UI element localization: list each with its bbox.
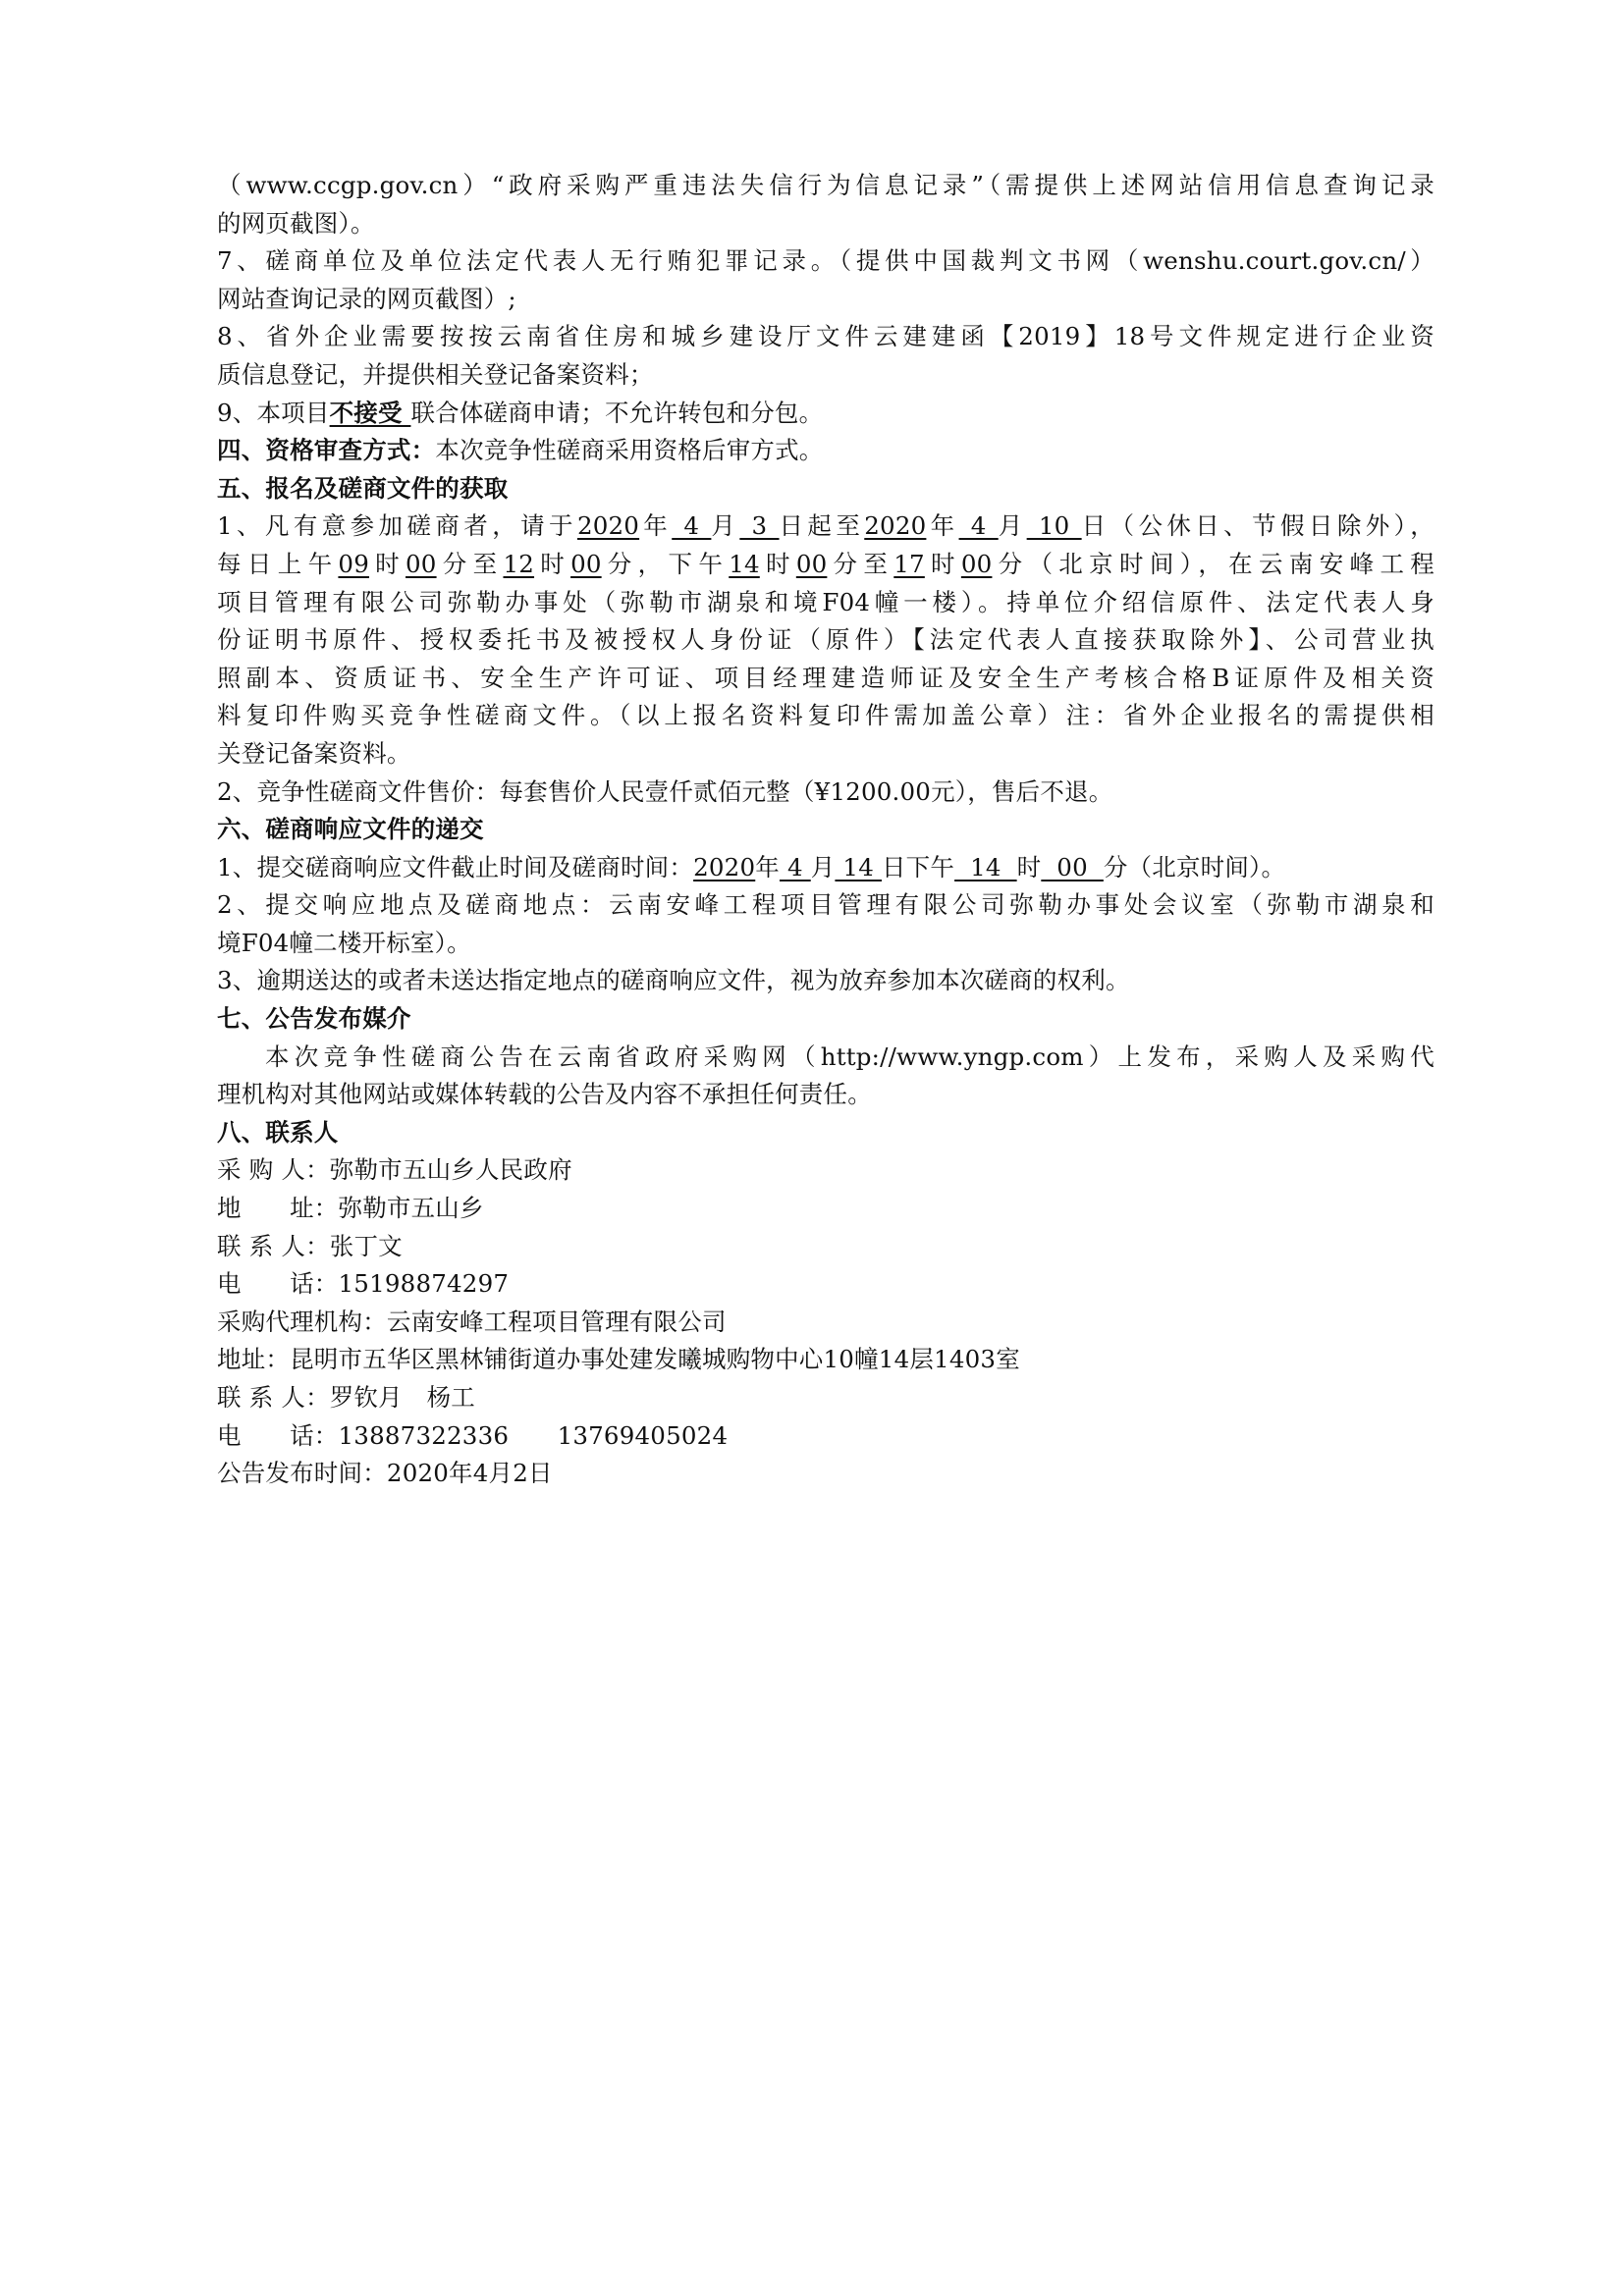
text-line: 料复印件购买竞争性磋商文件。（以上报名资料复印件需加盖公章）注：省外企业报名的需…	[217, 697, 1435, 735]
text-line: 网站查询记录的网页截图）;	[217, 281, 1435, 319]
contact-purchaser: 采 购 人：弥勒市五山乡人民政府	[217, 1151, 1435, 1190]
text-line: 8、省外企业需要按按云南省住房和城乡建设厅文件云建建函【2019】18号文件规定…	[217, 318, 1435, 356]
contact-phone: 电 话：15198874297	[217, 1265, 1435, 1304]
contact-person: 联 系 人：张丁文	[217, 1228, 1435, 1266]
text-line: 项目管理有限公司弥勒办事处（弥勒市湖泉和境F04幢一楼）。持单位介绍信原件、法定…	[217, 584, 1435, 622]
registration-hours: 每日上午09时00分至12时00分，下午14时00分至17时00分（北京时间），…	[217, 546, 1435, 584]
text-line: 本次竞争性磋商公告在云南省政府采购网（http://www.yngp.com）上…	[217, 1039, 1435, 1077]
text-line: 照副本、资质证书、安全生产许可证、项目经理建造师证及安全生产考核合格B证原件及相…	[217, 660, 1435, 698]
text-line: 境F04幢二楼开标室）。	[217, 925, 1435, 963]
document-price: 2、竞争性磋商文件售价：每套售价人民壹仟贰佰元整（¥1200.00元），售后不退…	[217, 774, 1435, 812]
agency-contact: 联 系 人：罗钦月 杨工	[217, 1379, 1435, 1417]
agency-address: 地址：昆明市五华区黑林铺街道办事处建发曦城购物中心10幢14层1403室	[217, 1341, 1435, 1379]
section-4: 四、资格审查方式：本次竞争性磋商采用资格后审方式。	[217, 432, 1435, 470]
publish-date: 公告发布时间：2020年4月2日	[217, 1455, 1435, 1493]
registration-dates: 1、凡有意参加磋商者，请于2020年 4 月 3 日起至2020年 4 月 10…	[217, 507, 1435, 546]
section-heading: 八、联系人	[217, 1114, 1435, 1152]
text-line: 的网页截图）。	[217, 205, 1435, 243]
emphasis-not-accepted: 不接受	[330, 399, 411, 427]
text-line: 理机构对其他网站或媒体转载的公告及内容不承担任何责任。	[217, 1076, 1435, 1114]
contact-address: 地 址：弥勒市五山乡	[217, 1190, 1435, 1228]
text-line: 份证明书原件、授权委托书及被授权人身份证（原件）【法定代表人直接获取除外】、公司…	[217, 621, 1435, 660]
text-line: 3、逾期送达的或者未送达指定地点的磋商响应文件，视为放弃参加本次磋商的权利。	[217, 962, 1435, 1000]
text-line: 2、提交响应地点及磋商地点：云南安峰工程项目管理有限公司弥勒办事处会议室（弥勒市…	[217, 886, 1435, 925]
agency-name: 采购代理机构：云南安峰工程项目管理有限公司	[217, 1304, 1435, 1342]
text-line: （www.ccgp.gov.cn）“政府采购严重违法失信行为信息记录”（需提供上…	[217, 167, 1435, 205]
text-line: 7、磋商单位及单位法定代表人无行贿犯罪记录。（提供中国裁判文书网（wenshu.…	[217, 242, 1435, 281]
text-line: 关登记备案资料。	[217, 735, 1435, 774]
agency-phone: 电 话：13887322336 13769405024	[217, 1417, 1435, 1456]
section-heading: 四、资格审查方式：	[217, 436, 435, 464]
item-9: 9、本项目不接受 联合体磋商申请；不允许转包和分包。	[217, 395, 1435, 433]
section-heading: 五、报名及磋商文件的获取	[217, 470, 1435, 508]
section-heading: 七、公告发布媒介	[217, 1000, 1435, 1039]
document-page: （www.ccgp.gov.cn）“政府采购严重违法失信行为信息记录”（需提供上…	[217, 167, 1435, 1493]
section-heading: 六、磋商响应文件的递交	[217, 811, 1435, 849]
text-line: 质信息登记，并提供相关登记备案资料；	[217, 356, 1435, 395]
submission-deadline: 1、提交磋商响应文件截止时间及磋商时间：2020年 4 月 14 日下午 14 …	[217, 849, 1435, 887]
